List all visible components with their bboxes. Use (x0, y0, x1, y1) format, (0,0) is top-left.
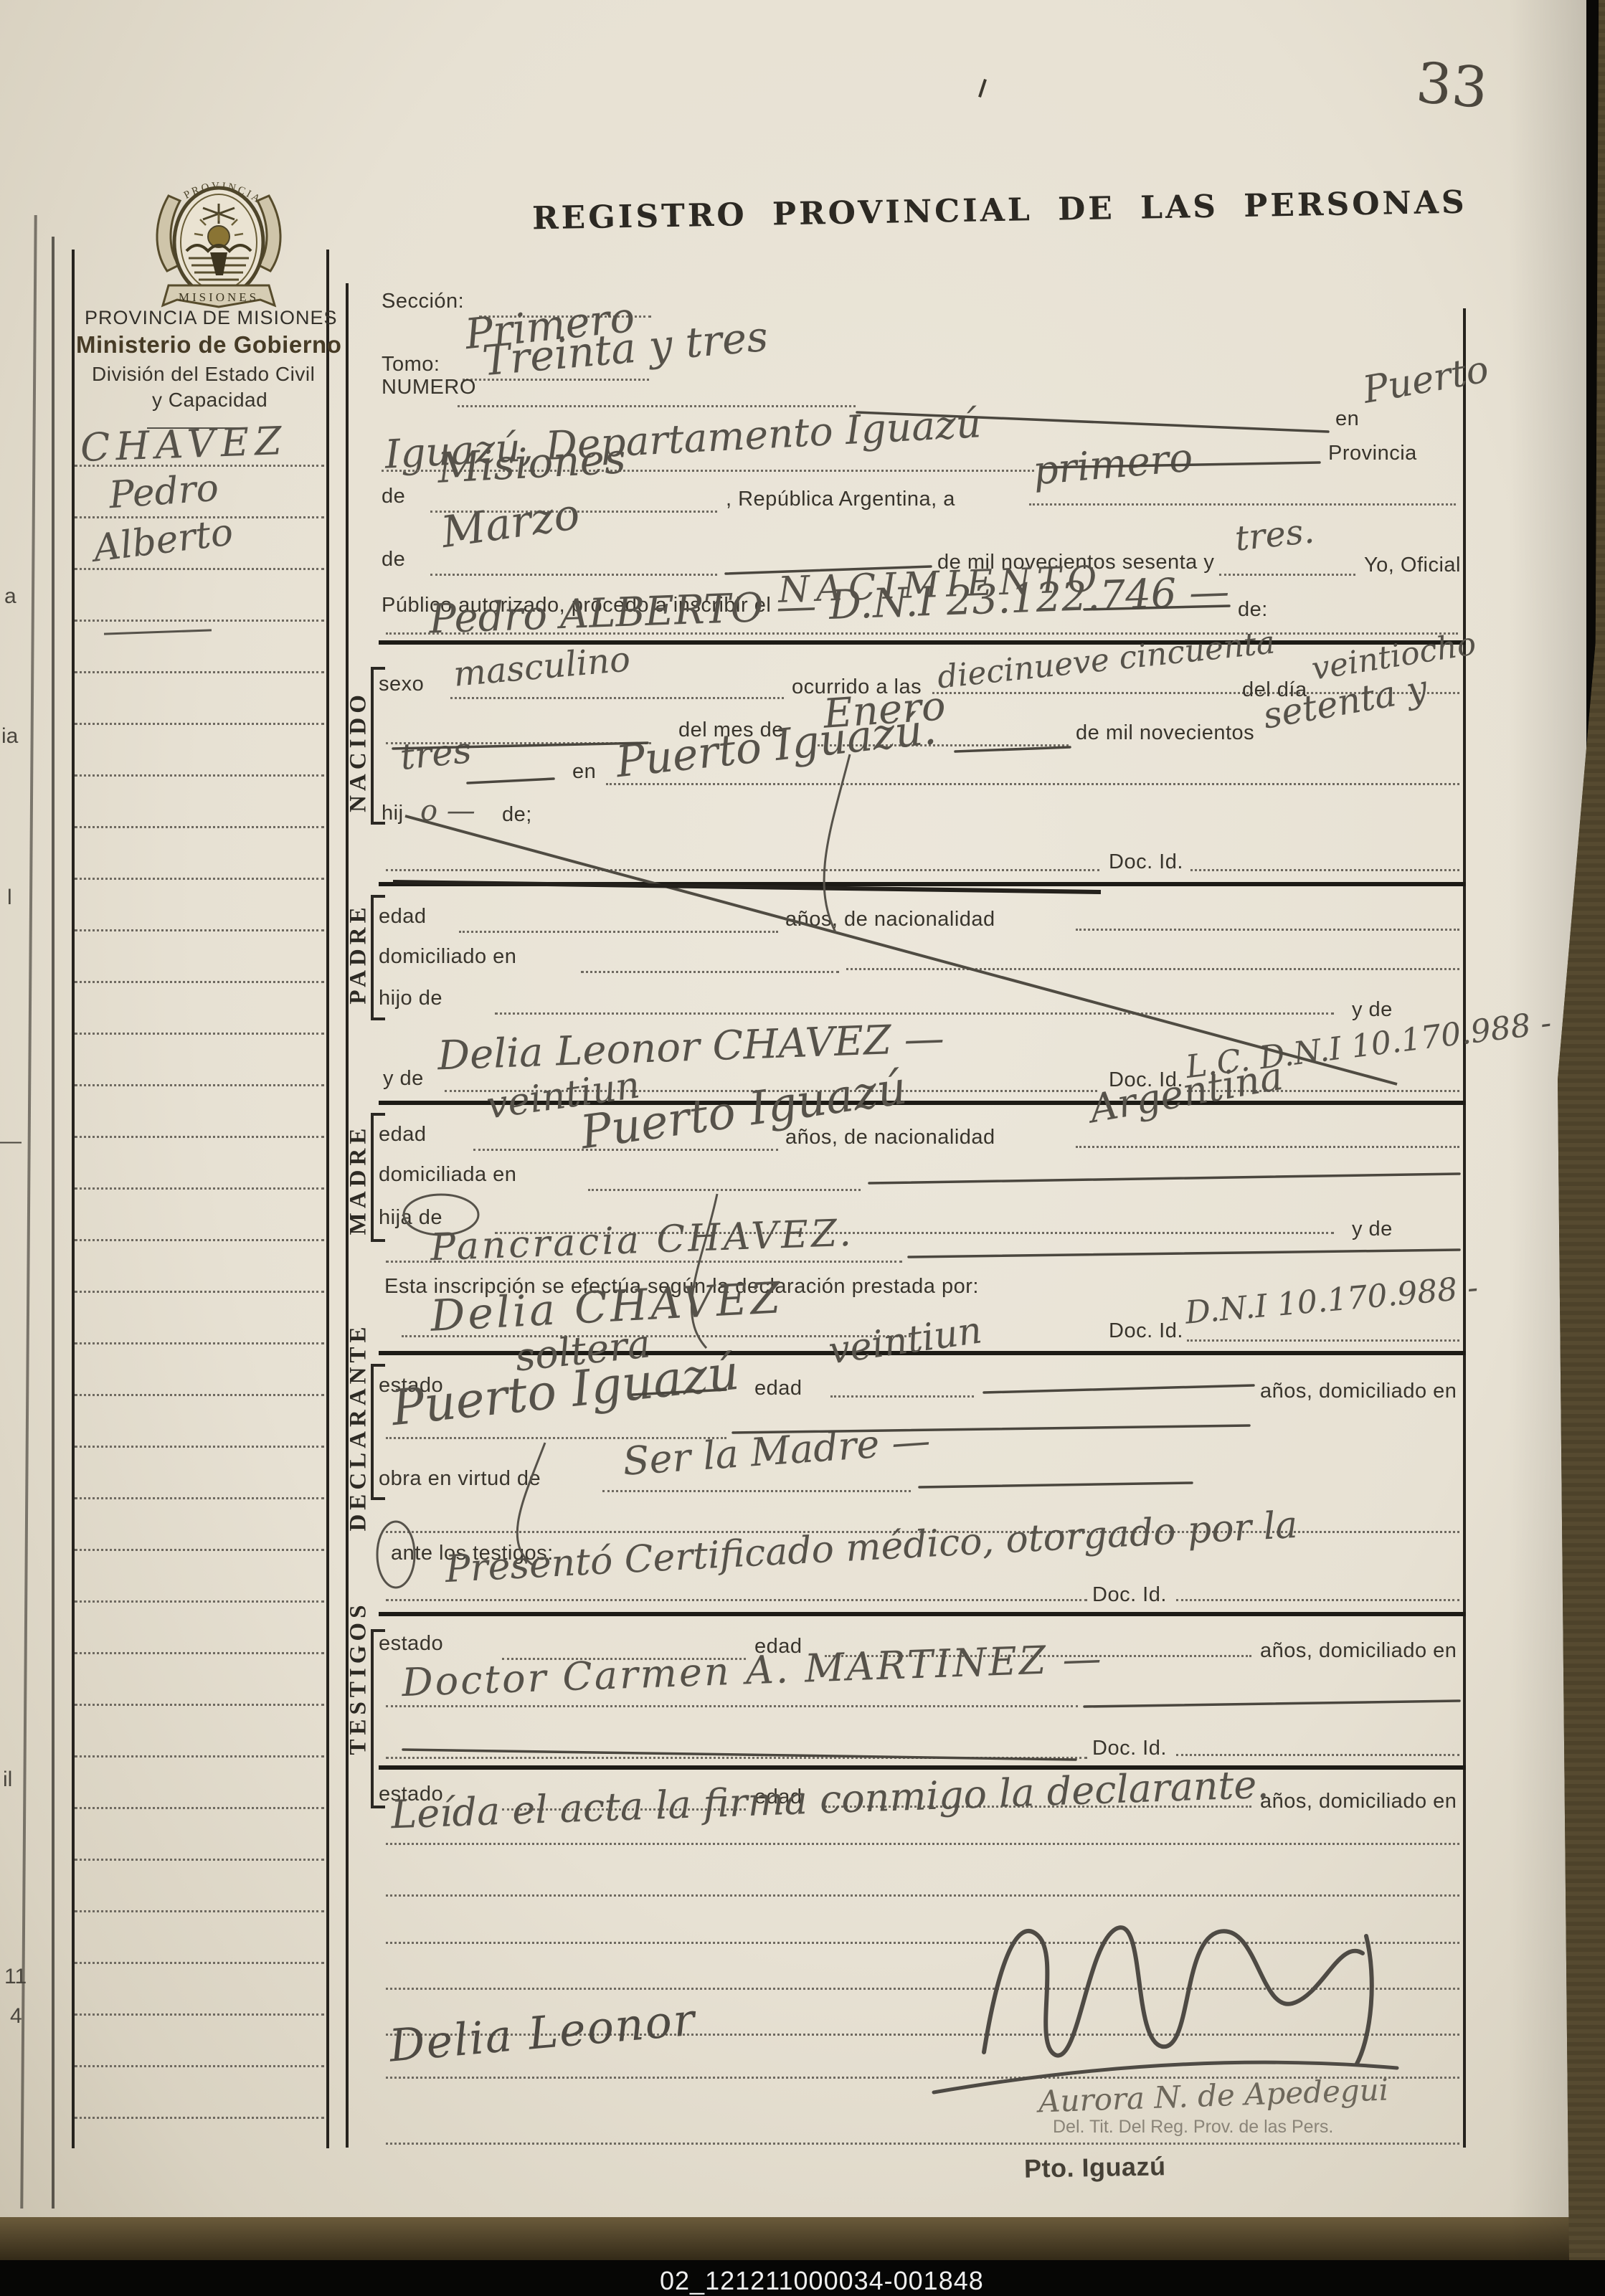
madre-y-de-label: y de (383, 1067, 424, 1091)
provincia-label: Provincia (1328, 442, 1417, 465)
section-bracket (371, 1629, 374, 1808)
book-edge (0, 2217, 1605, 2262)
sidebar-left-border (72, 250, 75, 2148)
sidebar-ruled-line (75, 1187, 324, 1190)
declarante-edad-label: edad (754, 1377, 802, 1400)
section-label-padre: PADRE (346, 903, 372, 1004)
testigo2-doc-line (1176, 1754, 1459, 1756)
place-stamp: Pto. Iguazú (1024, 2151, 1166, 2183)
sidebar-ruled-line (75, 620, 324, 622)
seccion-label: Sección: (382, 290, 464, 313)
sidebar-ruled-line (75, 2013, 324, 2016)
sidebar-ruled-line (75, 1446, 324, 1448)
section-bracket (371, 1113, 374, 1242)
sidebar-ruled-line (75, 1910, 324, 1912)
obra-line (602, 1490, 911, 1492)
sidebar-ruled-line (75, 671, 324, 673)
sidebar-ruled-line (75, 1136, 324, 1138)
obra-label: obra en virtud de (379, 1467, 541, 1491)
madre-y-de2-label: y de (1352, 1218, 1393, 1241)
testigo1-doc-line (1176, 1599, 1459, 1601)
padre-domicilio-line1 (581, 971, 839, 973)
sidebar-ruled-line (75, 981, 324, 983)
declarante-domiciliado-label: años, domiciliado en (1260, 1380, 1457, 1403)
sexo-line (450, 697, 784, 699)
padre-doc-label: Doc. Id. (1109, 850, 1183, 874)
section-label-testigos: TESTIGOS (346, 1601, 372, 1755)
padre-y-de-label: y de (1352, 998, 1393, 1022)
section-bracket (371, 1364, 374, 1500)
previous-page-fragment: ia (1, 724, 18, 749)
empty-line (386, 2143, 1459, 2145)
padre-domicilio-label: domiciliado en (379, 945, 516, 969)
padre-nacionalidad-line (1076, 929, 1459, 931)
testigo1-estado-label: estado (379, 1632, 443, 1656)
tomo-label: Tomo: (382, 353, 440, 376)
testigo1-domiciliado-label: años, domiciliado en (1260, 1639, 1457, 1663)
testigo1-doc-label: Doc. Id. (1092, 1583, 1167, 1607)
sidebar-ruled-line (75, 774, 324, 777)
declarante-doc-line (1187, 1339, 1459, 1342)
madre-domicilio-label: domiciliada en (379, 1163, 516, 1187)
section-rule (379, 882, 1466, 886)
section-bracket (371, 895, 374, 1020)
sidebar-firstname-handwritten: Pedro (108, 467, 220, 518)
misiones-coat-of-arms-icon: PROVINCIA MISIONES (147, 163, 290, 316)
sidebar-surname-handwritten: CHAVEZ (80, 418, 288, 470)
sidebar-ruled-line (75, 878, 324, 880)
numero-label: NUMERO (382, 376, 476, 399)
sidebar-ruled-line (75, 1342, 324, 1344)
sidebar-ruled-line (75, 465, 324, 467)
empty-line (386, 1894, 1459, 1897)
abuela-line (386, 1261, 902, 1263)
empty-line (386, 1942, 1459, 1944)
sidebar-ruled-line (75, 1962, 324, 1964)
sidebar-ruled-line (75, 1600, 324, 1603)
inscripto-line (386, 632, 1458, 635)
madre-domicilio-line (588, 1189, 861, 1191)
testigo2-nombre-line (386, 1757, 1087, 1759)
mes-line (430, 574, 717, 576)
previous-page-fragment: 4 (10, 2004, 22, 2029)
testigos-line1 (386, 1599, 1087, 1601)
sidebar-province: PROVINCIA DE MISIONES (85, 307, 338, 329)
svg-text:MISIONES: MISIONES (179, 290, 259, 304)
official-stamp-title: Del. Tit. Del Reg. Prov. de las Pers. (1053, 2117, 1333, 2138)
en-nacimiento-label: en (572, 760, 596, 784)
siglo-label: de mil novecientos (1076, 721, 1254, 745)
previous-page-fragment: — (0, 1129, 22, 1154)
sexo-label: sexo (379, 673, 424, 696)
padre-hijo-line (495, 1012, 1334, 1015)
scan-reference-code: 02_121211000034-001848 (660, 2266, 984, 2296)
anio-line (1219, 574, 1355, 576)
previous-page-fragment: l (7, 886, 12, 910)
empty-line (386, 1988, 1459, 1990)
page-crease-line (52, 237, 55, 2209)
hijo-insert-handwritten: o — (420, 794, 475, 827)
testigo1-nombre-line (386, 1705, 1078, 1707)
lugar-nacimiento-line (606, 783, 1459, 785)
numero-line (458, 405, 856, 407)
de-mes-label: de (382, 548, 405, 571)
section-label-declarante: DECLARANTE (346, 1322, 372, 1531)
anio-nacimiento-cont-handwritten: tres (398, 729, 473, 778)
previous-page-fragment: a (4, 584, 16, 609)
sidebar-ruled-line (75, 826, 324, 828)
sidebar-ruled-line (75, 2117, 324, 2119)
sidebar-ruled-line (75, 1084, 324, 1086)
anio-inscripcion-handwritten: tres. (1233, 511, 1316, 559)
sidebar-ruled-line (75, 723, 324, 725)
sidebar-ruled-line (75, 1652, 324, 1654)
previous-page-fragment: 11 (4, 1965, 27, 1989)
sidebar-right-border (326, 250, 329, 2148)
sidebar-ministry: Ministerio de Gobierno (76, 331, 341, 359)
section-rule (379, 1765, 1466, 1770)
de-colon-label: de: (1238, 598, 1268, 622)
sidebar-ruled-line (75, 1807, 324, 1809)
sidebar-ruled-line (75, 1394, 324, 1396)
padre-nacionalidad-label: años, de nacionalidad (785, 908, 995, 931)
previous-page-fragment: il (3, 1768, 12, 1792)
sidebar-ruled-line (75, 1755, 324, 1757)
en-label: en (1335, 407, 1359, 431)
testigo2-doc-label: Doc. Id. (1092, 1737, 1167, 1760)
section-label-madre: MADRE (346, 1124, 372, 1235)
yo-oficial-label: Yo, Oficial (1364, 554, 1461, 577)
madre-edad-label: edad (379, 1123, 427, 1147)
padre-hijo-label: hijo de (379, 987, 442, 1010)
hijo-de-label: de; (502, 803, 532, 827)
section-bracket (371, 667, 374, 825)
hijo-label: hij (382, 802, 404, 825)
declarante-doc-label: Doc. Id. (1109, 1319, 1183, 1343)
declarante-edad-line (830, 1395, 974, 1398)
scanned-birth-record-page: a ia l — il 11 4 33 REGISTRO PROVINCIAL … (0, 0, 1605, 2296)
madre-nacionalidad-label: años, de nacionalidad (785, 1126, 995, 1149)
testigo2-domiciliado-label: años, domiciliado en (1260, 1790, 1457, 1813)
form-right-border (1463, 308, 1466, 2148)
empty-line (386, 1843, 1459, 1845)
sidebar-division-line1: División del Estado Civil (92, 363, 315, 386)
sidebar-ruled-line (75, 1859, 324, 1861)
madre-nacionalidad-line (1076, 1146, 1459, 1148)
padre-nombre-line (386, 869, 1099, 871)
padre-doc-line (1190, 869, 1459, 871)
padre-edad-line (459, 931, 778, 933)
section-rule (379, 640, 1466, 645)
sidebar-ruled-line (75, 1497, 324, 1499)
provincia-value-handwritten: Misiones (436, 434, 627, 493)
sidebar-ruled-line (75, 1291, 324, 1293)
sidebar-ruled-line (75, 929, 324, 931)
republica-label: , República Argentina, a (726, 488, 955, 511)
sidebar-ruled-line (75, 2065, 324, 2067)
section-label-nacido: NACIDO (346, 691, 372, 812)
sidebar-division-line2: y Capacidad (152, 389, 267, 412)
section-rule (379, 1612, 1466, 1616)
sidebar-ruled-line (75, 1704, 324, 1706)
sidebar-ruled-line (75, 1239, 324, 1241)
sidebar-ruled-line (75, 568, 324, 570)
sidebar-ruled-line (75, 516, 324, 518)
sidebar-ruled-line (75, 1033, 324, 1035)
sidebar-ruled-line (75, 1549, 324, 1551)
padre-domicilio-line2 (846, 968, 1459, 970)
de-provincia-label: de (382, 485, 405, 508)
padre-edad-label: edad (379, 905, 427, 929)
dia-line (1029, 503, 1456, 506)
page-number: 33 (1414, 51, 1490, 121)
